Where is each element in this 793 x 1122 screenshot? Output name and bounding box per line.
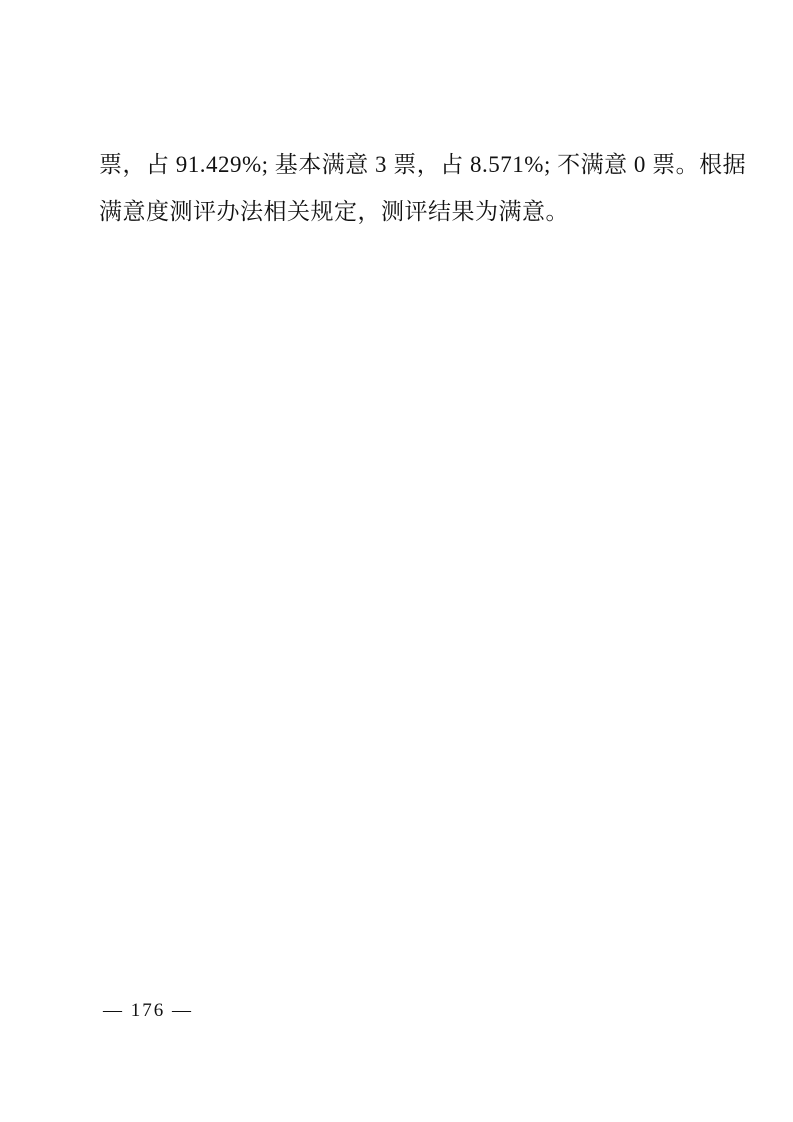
body-text-line-1: 票，占 91.429%; 基本满意 3 票，占 8.571%; 不满意 0 票。…	[99, 141, 695, 188]
body-text-line-2: 满意度测评办法相关规定，测评结果为满意。	[99, 188, 695, 235]
page-number: — 176 —	[103, 1000, 193, 1022]
document-page: 票，占 91.429%; 基本满意 3 票，占 8.571%; 不满意 0 票。…	[0, 0, 793, 1122]
body-paragraph: 票，占 91.429%; 基本满意 3 票，占 8.571%; 不满意 0 票。…	[99, 141, 695, 235]
